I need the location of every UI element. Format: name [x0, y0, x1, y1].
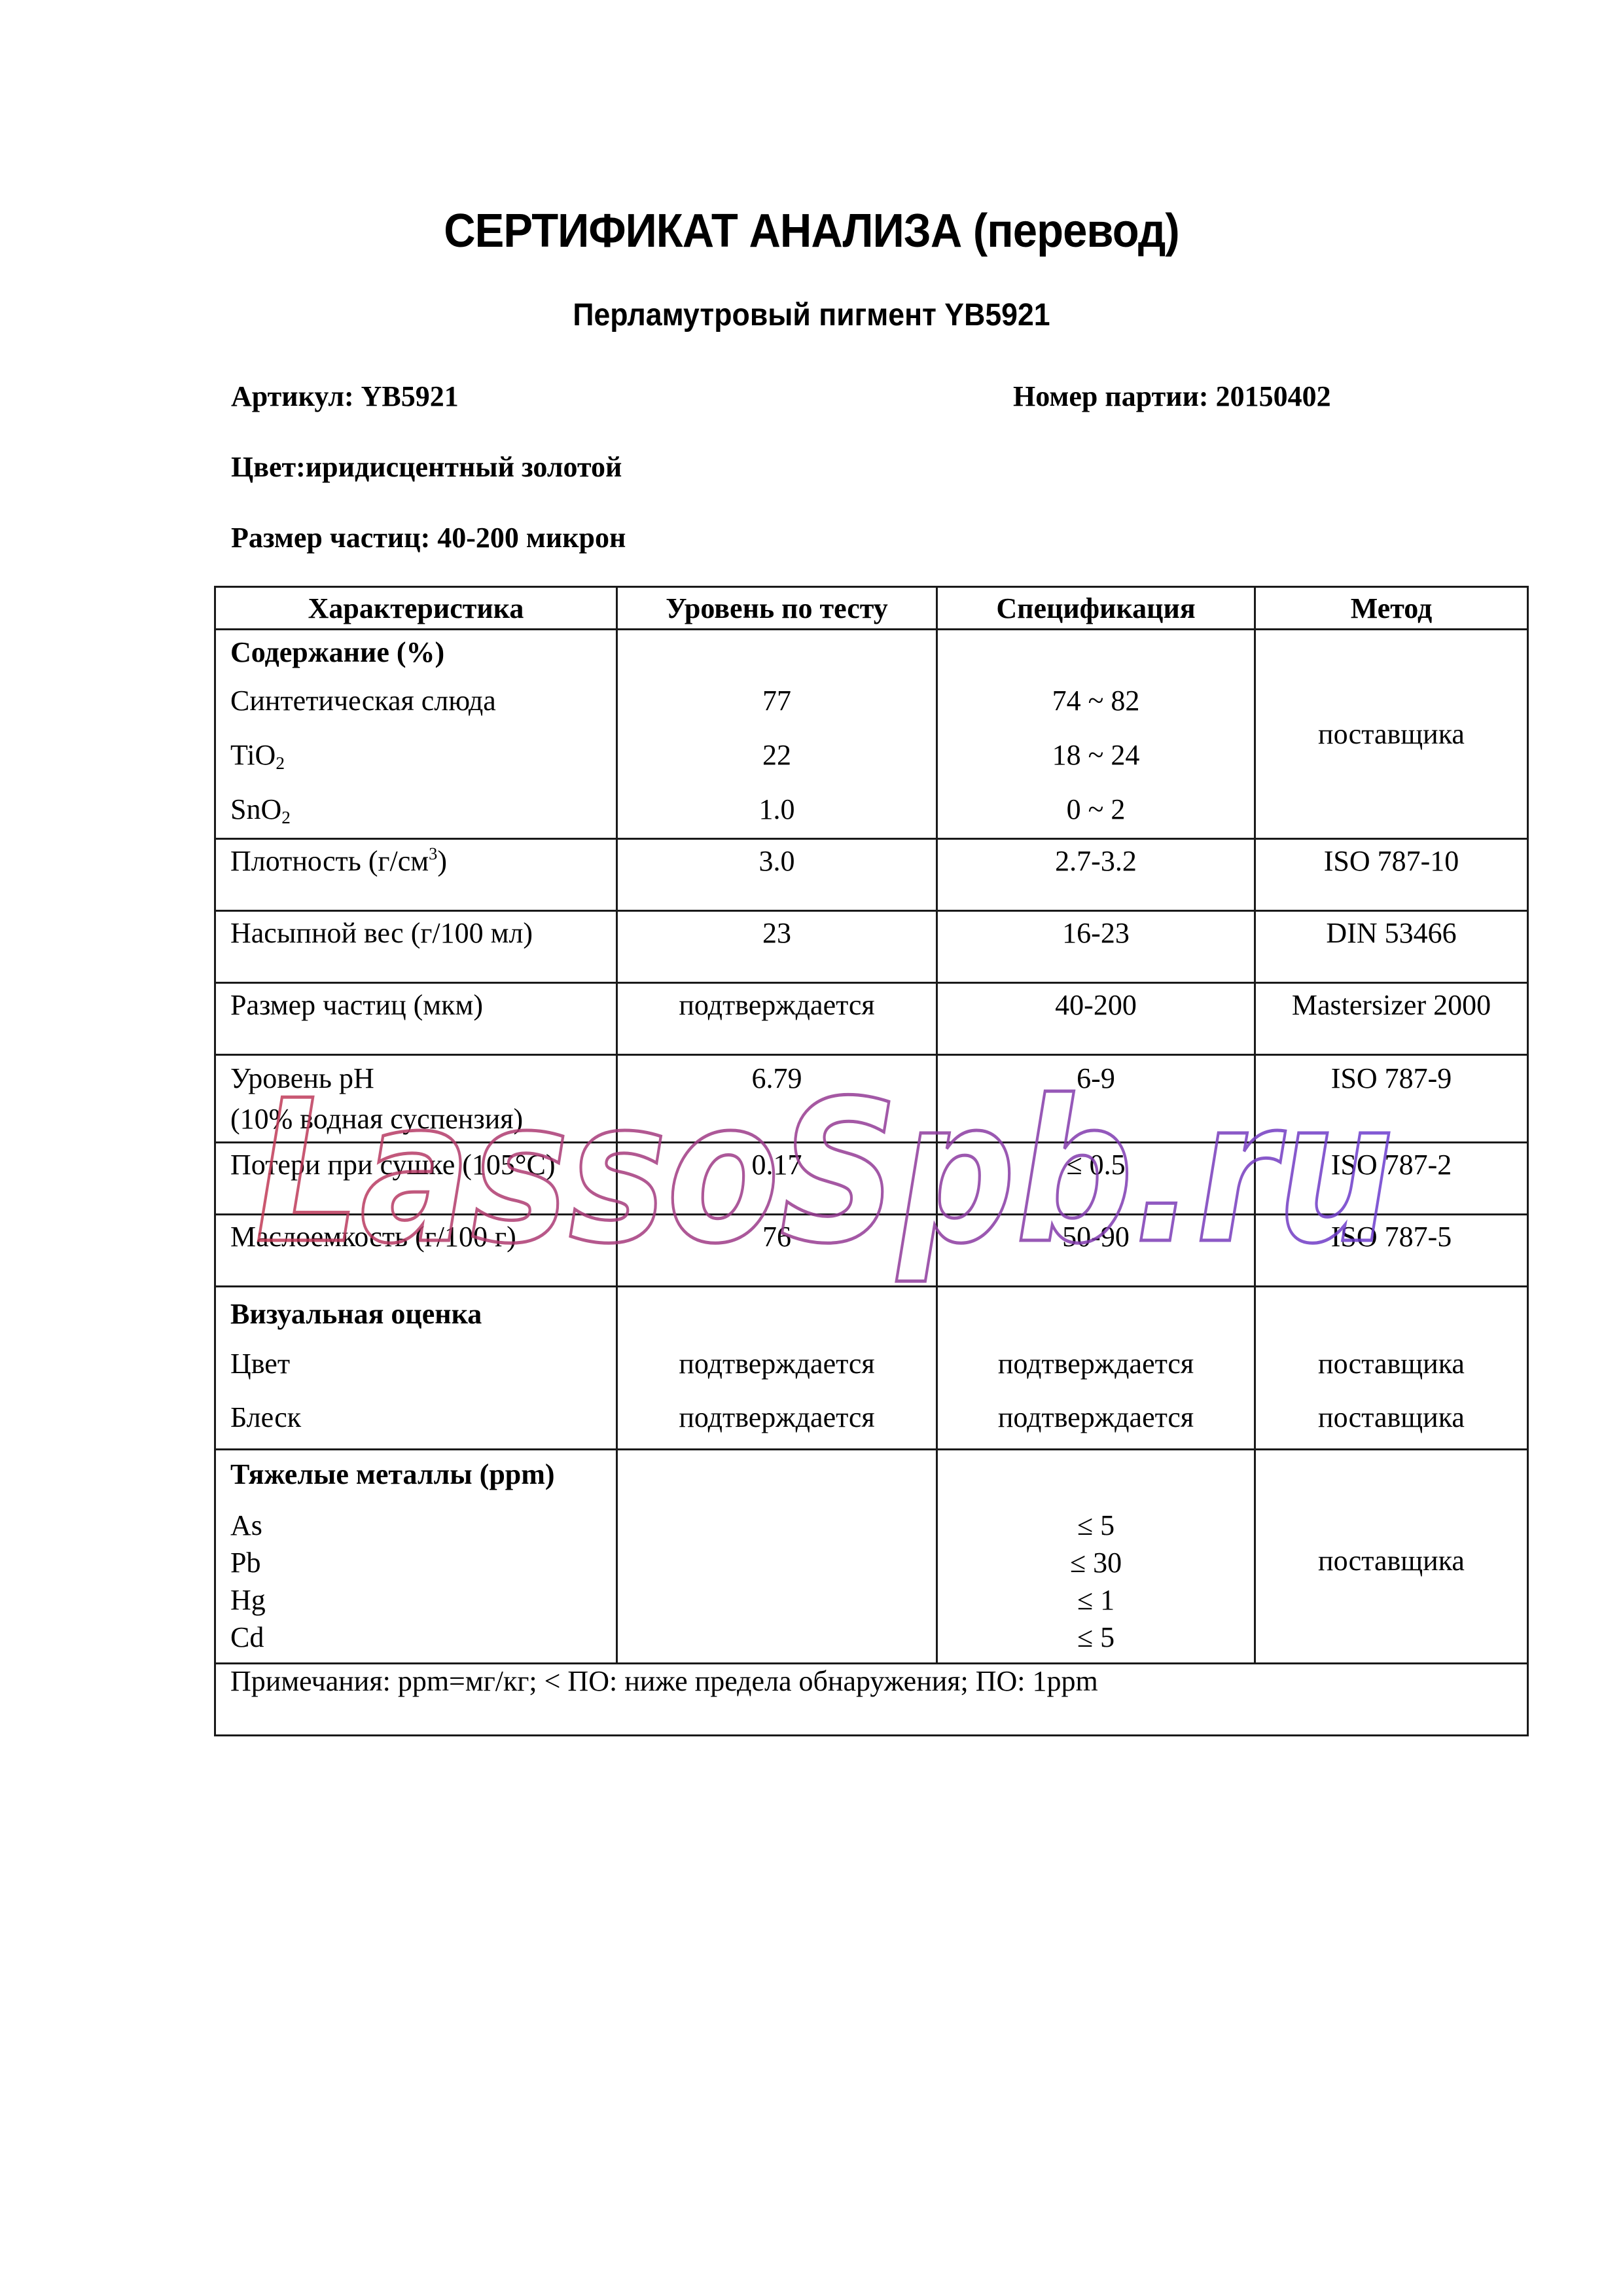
row-characteristic: Плотность (г/см3) — [230, 845, 616, 878]
visual-item-result: подтверждается — [618, 1337, 936, 1391]
row-method: ISO 787-2 — [1256, 1149, 1527, 1181]
row-result: 76 — [618, 1221, 936, 1253]
row-result: 6.79 — [618, 1058, 936, 1099]
metal-spec: ≤ 30 — [938, 1544, 1254, 1581]
metal-spec: ≤ 5 — [938, 1507, 1254, 1544]
visual-item-spec: подтверждается — [938, 1337, 1254, 1391]
content-item-name: TiO2 — [230, 728, 616, 782]
table-header-row: Характеристика Уровень по тесту Специфик… — [215, 587, 1528, 630]
heavy-metals-result-empty — [617, 1450, 937, 1664]
row-spec: 50-90 — [938, 1221, 1254, 1253]
column-header-characteristic: Характеристика — [215, 587, 617, 630]
table-row: Маслоемкость (г/100 г) 76 50-90 ISO 787-… — [215, 1215, 1528, 1287]
table-row: Размер частиц (мкм) подтверждается 40-20… — [215, 983, 1528, 1055]
document-title: СЕРТИФИКАТ АНАЛИЗА (перевод) — [57, 204, 1566, 258]
row-characteristic: Уровень pH — [230, 1058, 616, 1099]
content-item-result: 1.0 — [618, 782, 936, 836]
content-item-name: Синтетическая слюда — [230, 673, 616, 728]
visual-item-spec: подтверждается — [938, 1391, 1254, 1444]
row-result: 0.17 — [618, 1149, 936, 1181]
table-row-notes: Примечания: ppm=мг/кг; < ПО: ниже предел… — [215, 1664, 1528, 1736]
visual-item-result: подтверждается — [618, 1391, 936, 1444]
row-method: ISO 787-10 — [1256, 845, 1527, 878]
row-spec: 16-23 — [938, 917, 1254, 950]
analysis-table: Характеристика Уровень по тесту Специфик… — [214, 586, 1529, 1736]
content-item-spec: 18 ~ 24 — [938, 728, 1254, 782]
row-result: 23 — [618, 917, 936, 950]
section-heading-visual: Визуальная оценка — [230, 1290, 616, 1337]
table-row: Потери при сушке (105°C) 0.17 ≤ 0.5 ISO … — [215, 1143, 1528, 1215]
row-characteristic: Маслоемкость (г/100 г) — [230, 1221, 616, 1253]
article-number: Артикул: YB5921 — [231, 380, 459, 413]
table-row: Плотность (г/см3) 3.0 2.7-3.2 ISO 787-10 — [215, 839, 1528, 911]
row-spec: ≤ 0.5 — [938, 1149, 1254, 1181]
column-header-test-result: Уровень по тесту — [617, 587, 937, 630]
table-row: Насыпной вес (г/100 мл) 23 16-23 DIN 534… — [215, 911, 1528, 983]
table-row-content: Содержание (%) Синтетическая слюда TiO2 … — [215, 630, 1528, 839]
product-particle-size: Размер частиц: 40-200 микрон — [231, 521, 626, 554]
row-spec: 40-200 — [938, 989, 1254, 1022]
row-characteristic: Насыпной вес (г/100 мл) — [230, 917, 616, 950]
visual-item-name: Цвет — [230, 1337, 616, 1391]
content-item-result: 77 — [618, 673, 936, 728]
metal-name: Cd — [230, 1619, 616, 1656]
table-row-visual: Визуальная оценка Цвет Блеск подтверждае… — [215, 1287, 1528, 1450]
row-spec: 2.7-3.2 — [938, 845, 1254, 878]
metal-spec: ≤ 5 — [938, 1619, 1254, 1656]
product-subtitle: Перламутровый пигмент YB5921 — [57, 297, 1566, 333]
row-spec: 6-9 — [938, 1058, 1254, 1099]
heavy-metals-method: поставщика — [1255, 1450, 1528, 1664]
visual-item-method: поставщика — [1256, 1391, 1527, 1444]
section-heading-heavy-metals: Тяжелые металлы (ppm) — [230, 1453, 616, 1507]
content-item-result: 22 — [618, 728, 936, 782]
row-characteristic: Потери при сушке (105°C) — [230, 1149, 616, 1181]
content-item-spec: 74 ~ 82 — [938, 673, 1254, 728]
visual-item-name: Блеск — [230, 1391, 616, 1444]
table-row-heavy-metals: Тяжелые металлы (ppm) As Pb Hg Cd ≤ 5 ≤ … — [215, 1450, 1528, 1664]
content-method: поставщика — [1255, 630, 1528, 839]
table-row: Уровень pH (10% водная суспензия) 6.79 6… — [215, 1055, 1528, 1143]
metal-name: Pb — [230, 1544, 616, 1581]
column-header-specification: Спецификация — [937, 587, 1255, 630]
metal-spec: ≤ 1 — [938, 1581, 1254, 1619]
metal-name: As — [230, 1507, 616, 1544]
notes-text: Примечания: ppm=мг/кг; < ПО: ниже предел… — [215, 1664, 1528, 1736]
row-method: ISO 787-9 — [1256, 1058, 1527, 1099]
row-result: 3.0 — [618, 845, 936, 878]
section-heading-content: Содержание (%) — [230, 633, 616, 673]
product-color: Цвет:иридисцентный золотой — [231, 450, 622, 484]
content-item-spec: 0 ~ 2 — [938, 782, 1254, 836]
row-method: Mastersizer 2000 — [1256, 989, 1527, 1022]
batch-number: Номер партии: 20150402 — [1013, 380, 1331, 413]
row-characteristic-note: (10% водная суспензия) — [230, 1099, 616, 1139]
row-result: подтверждается — [618, 989, 936, 1022]
row-method: ISO 787-5 — [1256, 1221, 1527, 1253]
content-item-name: SnO2 — [230, 782, 616, 836]
row-characteristic: Размер частиц (мкм) — [230, 989, 616, 1022]
visual-item-method: поставщика — [1256, 1337, 1527, 1391]
column-header-method: Метод — [1255, 587, 1528, 630]
metal-name: Hg — [230, 1581, 616, 1619]
row-method: DIN 53466 — [1256, 917, 1527, 950]
